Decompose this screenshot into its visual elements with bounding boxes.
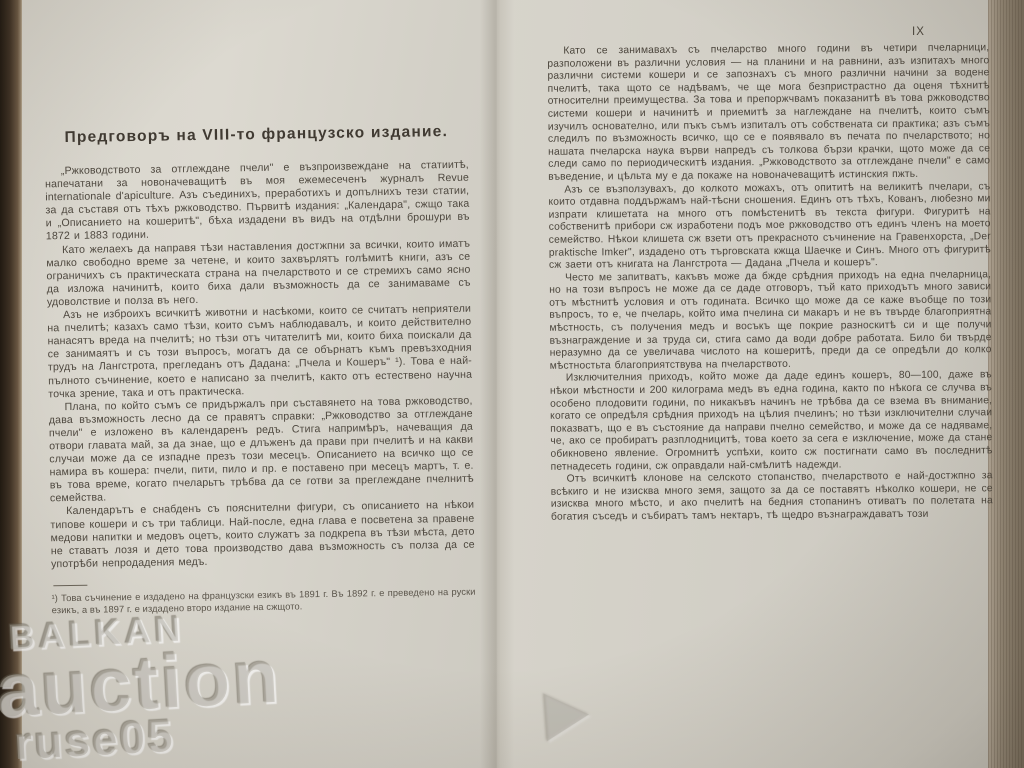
paragraph: Плана, по който съмъ се придържалъ при с… [48,394,474,505]
footnote-divider [53,585,87,587]
book-edge-left [0,0,22,768]
gutter-shadow [480,0,514,768]
left-page-content: Предговоръ на VIII-то французско издание… [44,123,476,617]
paragraph: Като желаехъ да направя тѣзи наставления… [46,237,471,309]
paragraph: Азъ се възползувахъ, до колкото можахъ, … [548,181,991,273]
page-number: IX [912,26,925,38]
book-photo: Предговоръ на VIII-то французско издание… [0,0,1024,768]
paragraph: Календарътъ е снабденъ съ пояснителни фи… [50,499,475,571]
paragraph: Като се занимавахъ съ пчеларство много г… [547,42,990,184]
watermark-arrow-icon [543,691,590,742]
paragraph: „Ржководството за отглеждане пчели" е въ… [45,159,470,244]
paragraph: Отъ всичкитѣ клонове на селското стопанс… [551,470,993,524]
paragraph: Често ме запитватъ, какъвъ може да бжде … [549,269,992,373]
paragraph: Изключителния приходъ, който може да дад… [550,370,993,474]
paragraph: Азъ не изброихъ всичкитѣ животни и насѣк… [47,303,472,401]
right-page-content: Като се занимавахъ съ пчеларство много г… [547,42,994,745]
